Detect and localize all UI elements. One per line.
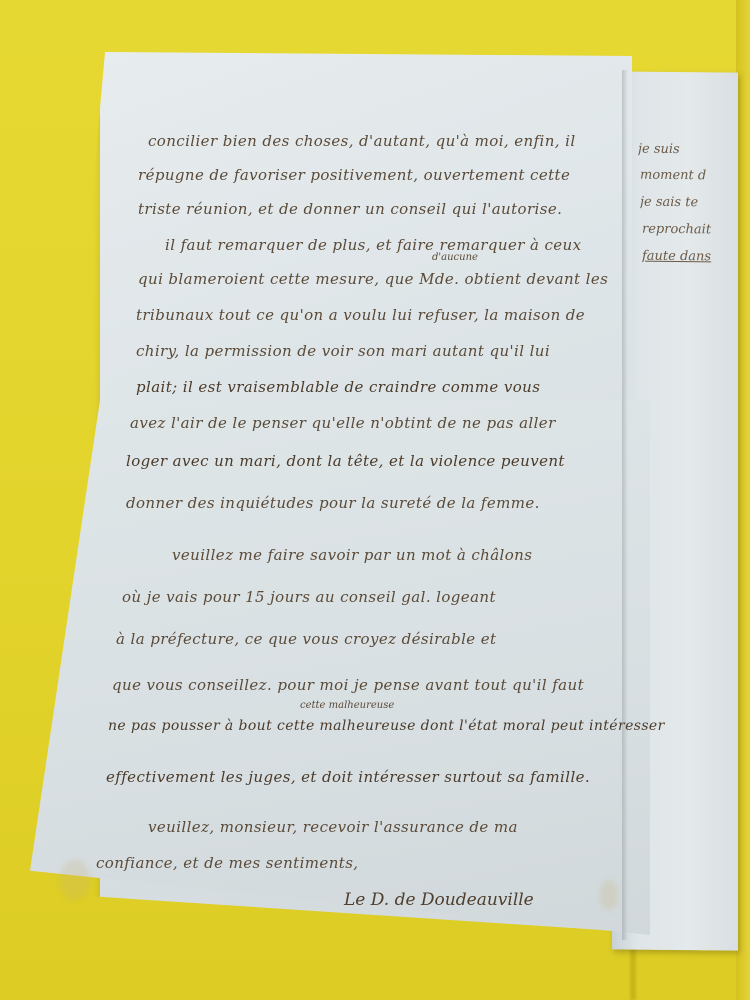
letter-line: que vous conseillez. pour moi je pense a… xyxy=(112,676,584,694)
letter-line: donner des inquiétudes pour la sureté de… xyxy=(126,494,540,512)
letter-line: tribunaux tout ce qu'on a voulu lui refu… xyxy=(136,306,585,324)
letter-line: triste réunion, et de donner un conseil … xyxy=(138,200,562,218)
letter-line: loger avec un mari, dont la tête, et la … xyxy=(126,452,565,470)
back-text-line: reprochait xyxy=(642,222,742,238)
letter-line: avez l'air de le penser qu'elle n'obtint… xyxy=(130,414,556,432)
back-text-line: je suis xyxy=(638,142,738,158)
paper-stain xyxy=(60,860,90,900)
fold-crease xyxy=(622,70,628,940)
letter-line: veuillez, monsieur, recevoir l'assurance… xyxy=(148,818,518,836)
letter-line: concilier bien des choses, d'autant, qu'… xyxy=(148,132,576,150)
signature: Le D. de Doudeauville xyxy=(344,890,534,910)
background-edge xyxy=(736,0,750,1000)
letter-line: plait; il est vraisemblable de craindre … xyxy=(136,378,540,396)
letter-line: à la préfecture, ce que vous croyez dési… xyxy=(116,630,496,648)
interlinear-note: d'aucune xyxy=(432,252,478,263)
letter-line: répugne de favoriser positivement, ouver… xyxy=(138,166,570,184)
letter-line: confiance, et de mes sentiments, xyxy=(96,854,358,872)
paper-stain xyxy=(600,880,618,910)
letter-line: ne pas pousser à bout cette malheureuse … xyxy=(108,718,665,734)
back-text-line: je sais te xyxy=(640,195,740,211)
letter-line: il faut remarquer de plus, et faire rema… xyxy=(165,236,581,254)
letter-line: effectivement les juges, et doit intéres… xyxy=(106,768,590,786)
letter-line: où je vais pour 15 jours au conseil gal.… xyxy=(122,588,496,606)
back-text-line: faute dans xyxy=(642,249,742,265)
letter-line: veuillez me faire savoir par un mot à ch… xyxy=(172,546,532,564)
letter-line: qui blameroient cette mesure, que Mde. o… xyxy=(138,270,608,288)
letter-line: chiry, la permission de voir son mari au… xyxy=(136,342,550,360)
back-text-line: moment d xyxy=(640,168,740,184)
interlinear-note: cette malheureuse xyxy=(300,700,394,711)
